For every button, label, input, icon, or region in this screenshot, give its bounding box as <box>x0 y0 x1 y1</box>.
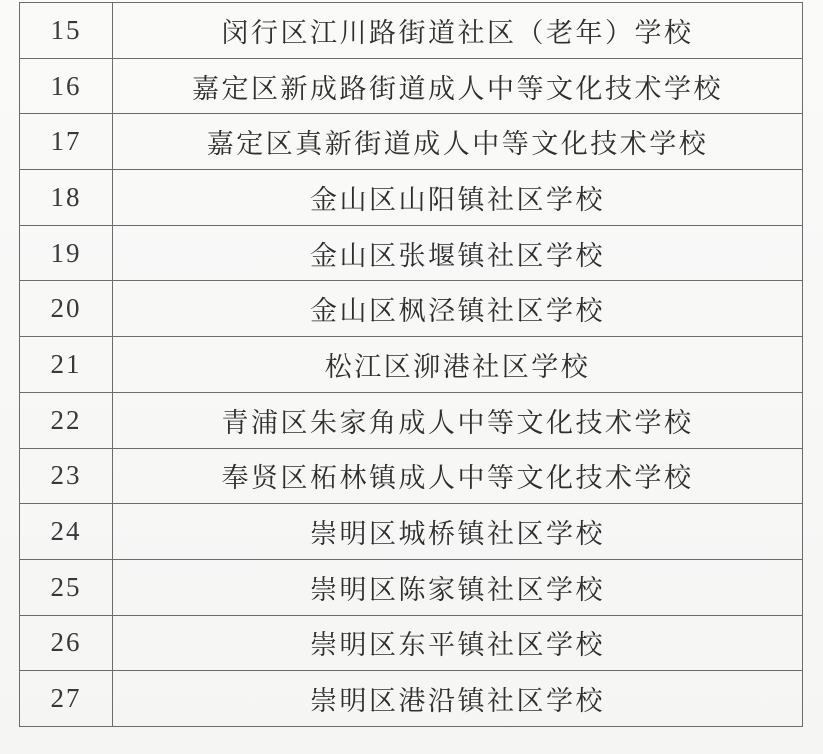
row-number: 23 <box>20 448 113 504</box>
school-name: 松江区泖港社区学校 <box>113 337 803 393</box>
school-name: 崇明区港沿镇社区学校 <box>113 671 803 727</box>
row-number: 20 <box>20 281 113 337</box>
table-row: 17 嘉定区真新街道成人中等文化技术学校 <box>20 114 803 170</box>
row-number: 19 <box>20 225 113 281</box>
scanned-document-page: { "table": { "description": "学校名单表（第15至2… <box>0 0 823 754</box>
school-name: 金山区山阳镇社区学校 <box>113 170 803 226</box>
table-row: 21 松江区泖港社区学校 <box>20 337 803 393</box>
table-row: 23 奉贤区柘林镇成人中等文化技术学校 <box>20 448 803 504</box>
table-row: 27 崇明区港沿镇社区学校 <box>20 671 803 727</box>
table-row: 25 崇明区陈家镇社区学校 <box>20 559 803 615</box>
row-number: 15 <box>20 3 113 59</box>
table-row: 26 崇明区东平镇社区学校 <box>20 615 803 671</box>
row-number: 16 <box>20 58 113 114</box>
school-name: 嘉定区真新街道成人中等文化技术学校 <box>113 114 803 170</box>
school-table-body: 15 闵行区江川路街道社区（老年）学校 16 嘉定区新成路街道成人中等文化技术学… <box>20 3 803 727</box>
row-number: 21 <box>20 337 113 393</box>
table-row: 20 金山区枫泾镇社区学校 <box>20 281 803 337</box>
row-number: 22 <box>20 392 113 448</box>
row-number: 27 <box>20 671 113 727</box>
school-name: 崇明区陈家镇社区学校 <box>113 559 803 615</box>
table-row: 15 闵行区江川路街道社区（老年）学校 <box>20 3 803 59</box>
school-name: 嘉定区新成路街道成人中等文化技术学校 <box>113 58 803 114</box>
row-number: 17 <box>20 114 113 170</box>
table-row: 16 嘉定区新成路街道成人中等文化技术学校 <box>20 58 803 114</box>
row-number: 25 <box>20 559 113 615</box>
school-name: 崇明区城桥镇社区学校 <box>113 504 803 560</box>
school-name: 金山区枫泾镇社区学校 <box>113 281 803 337</box>
school-name: 崇明区东平镇社区学校 <box>113 615 803 671</box>
school-name: 金山区张堰镇社区学校 <box>113 225 803 281</box>
school-name: 青浦区朱家角成人中等文化技术学校 <box>113 392 803 448</box>
table-row: 24 崇明区城桥镇社区学校 <box>20 504 803 560</box>
school-list-table: 15 闵行区江川路街道社区（老年）学校 16 嘉定区新成路街道成人中等文化技术学… <box>19 2 803 727</box>
table-row: 19 金山区张堰镇社区学校 <box>20 225 803 281</box>
school-name: 闵行区江川路街道社区（老年）学校 <box>113 3 803 59</box>
table-row: 18 金山区山阳镇社区学校 <box>20 170 803 226</box>
school-name: 奉贤区柘林镇成人中等文化技术学校 <box>113 448 803 504</box>
table-row: 22 青浦区朱家角成人中等文化技术学校 <box>20 392 803 448</box>
row-number: 26 <box>20 615 113 671</box>
row-number: 24 <box>20 504 113 560</box>
row-number: 18 <box>20 170 113 226</box>
